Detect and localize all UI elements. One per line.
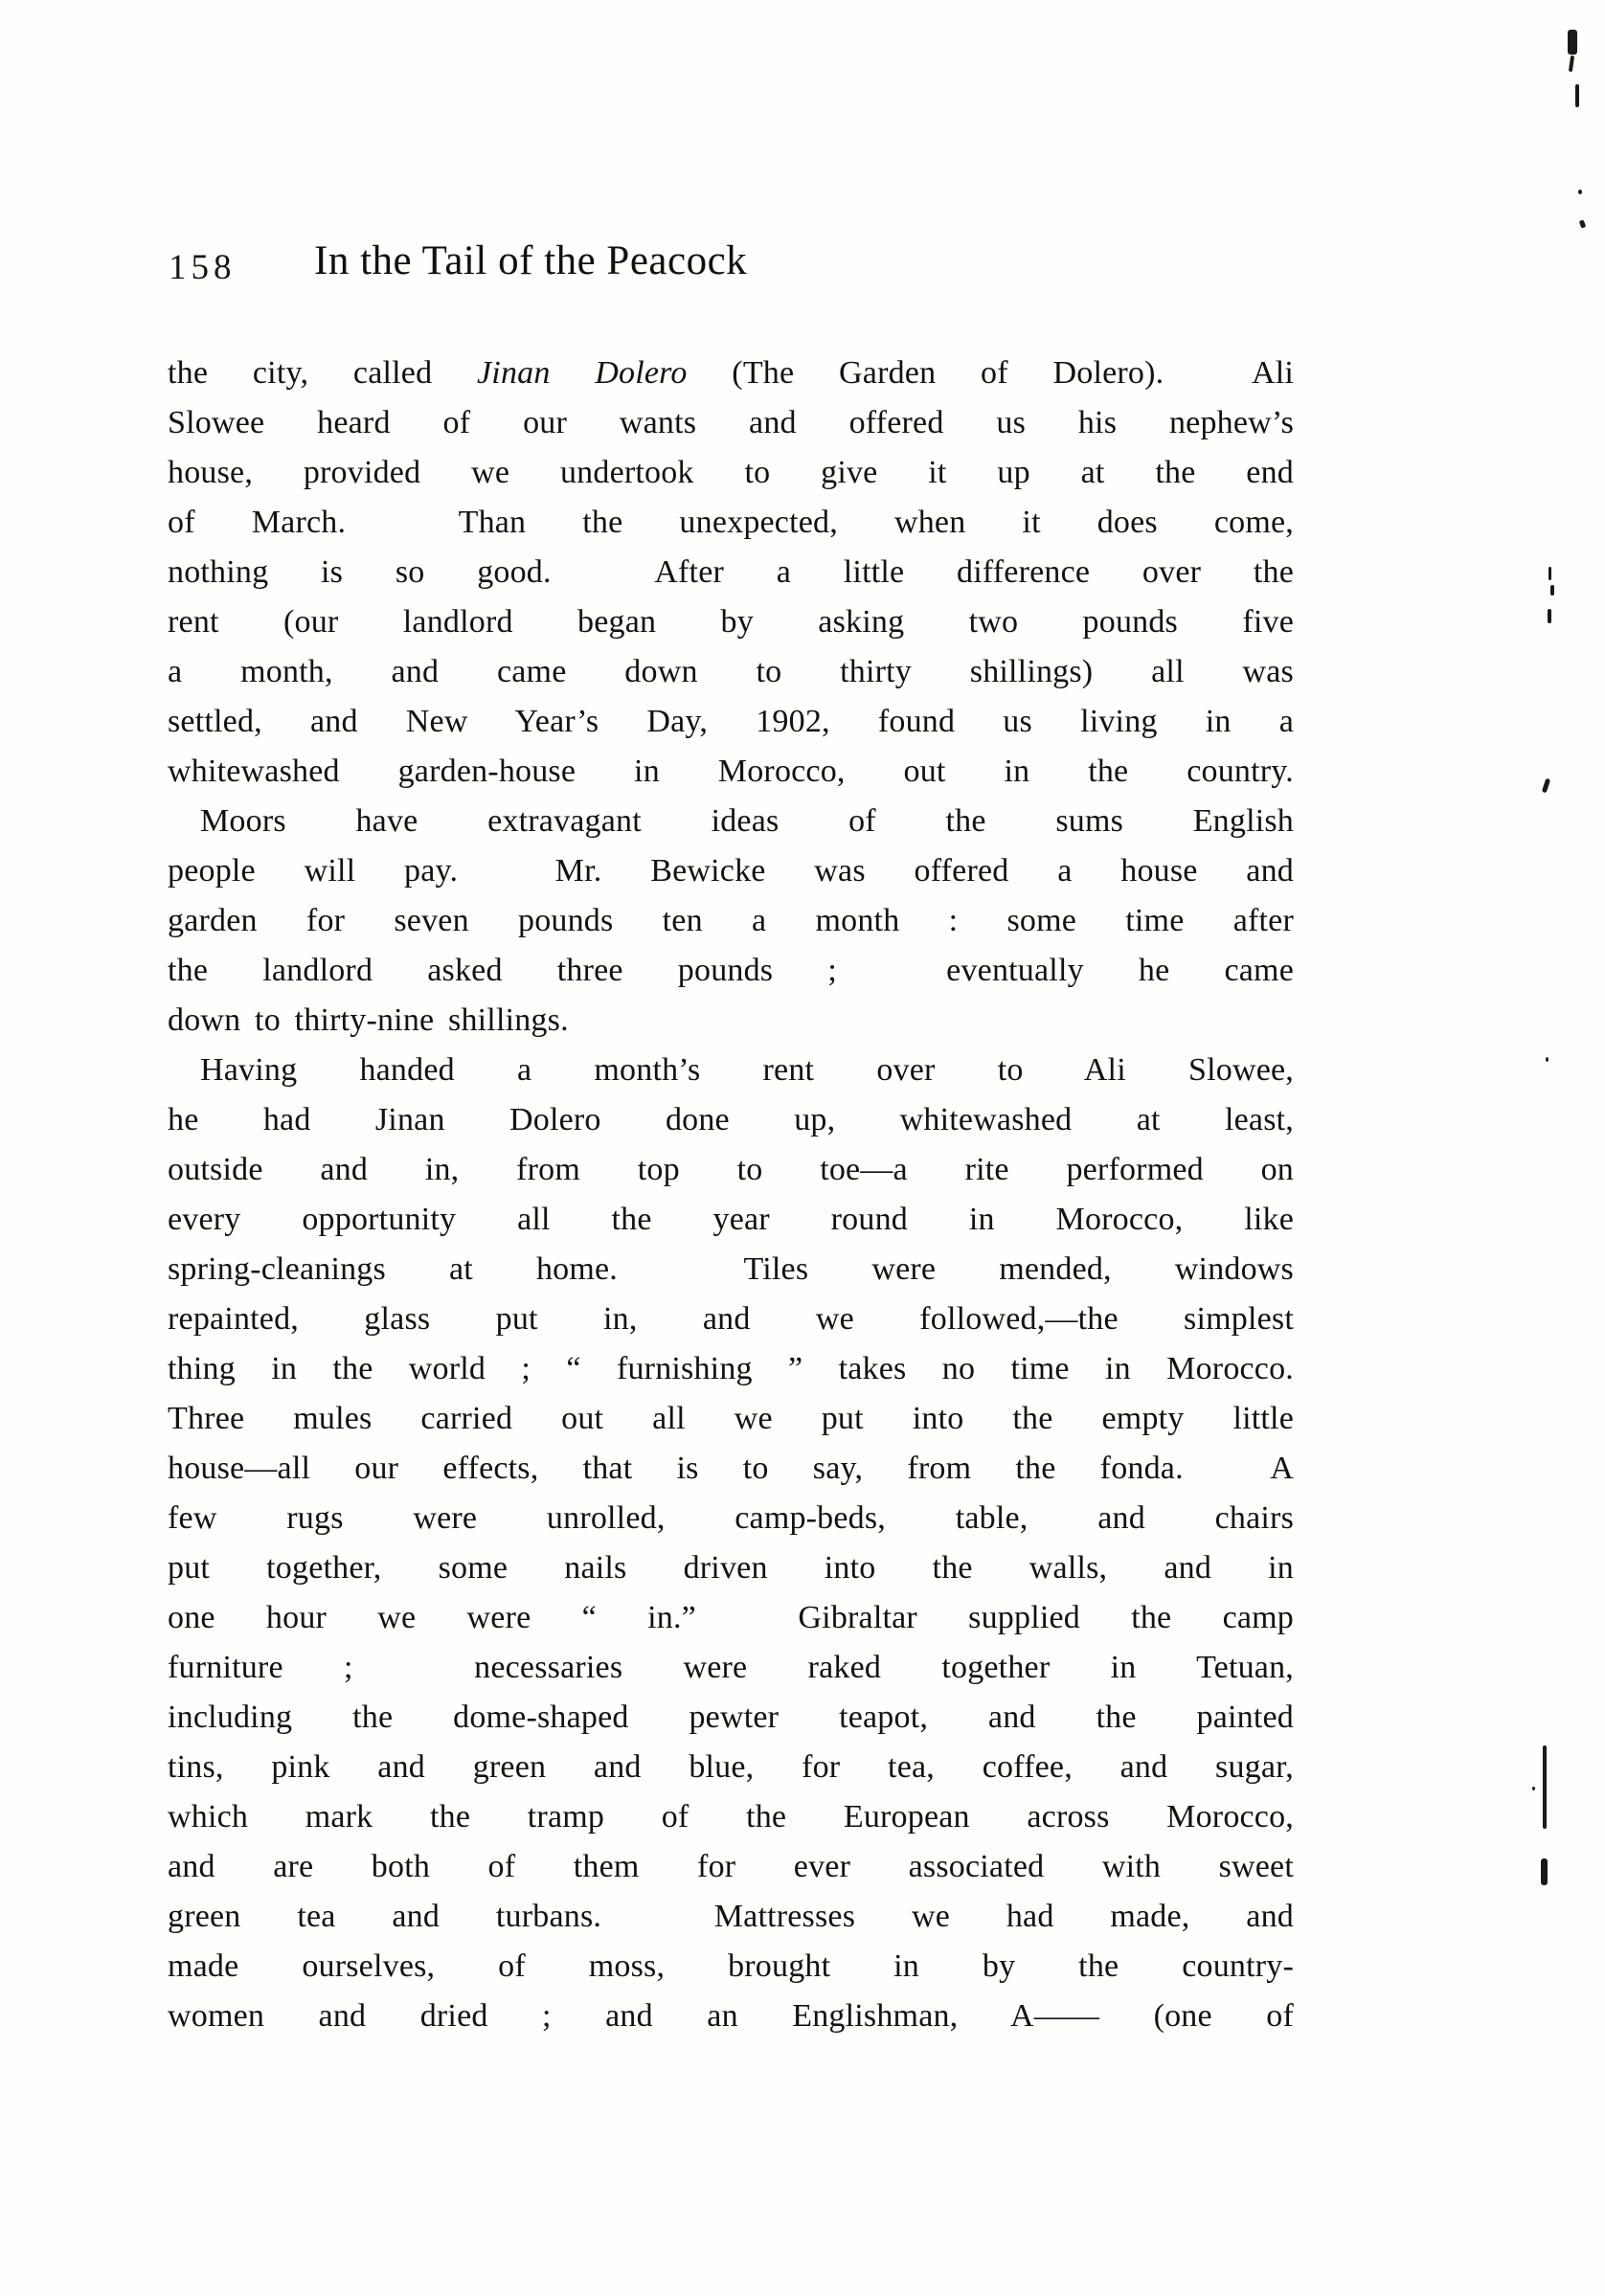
text-line: few rugs were unrolled, camp-beds, table… (168, 1494, 1294, 1543)
text-segment: put together, some nails driven into the… (168, 1550, 1294, 1586)
margin-mark (1532, 1787, 1535, 1790)
text-segment: women and dried ; and an Englishman, A——… (168, 1998, 1294, 2034)
running-title: In the Tail of the Peacock (314, 237, 747, 284)
text-segment: and are both of them for ever associated… (168, 1849, 1294, 1884)
text-line: whitewashed garden-house in Morocco, out… (168, 747, 1294, 797)
text-segment: house—all our effects, that is to say, f… (168, 1451, 1294, 1486)
text-line: repainted, glass put in, and we followed… (168, 1294, 1294, 1344)
text-line: furniture ; necessaries were raked toget… (168, 1643, 1294, 1693)
text-segment: Moors have extravagant ideas of the sums… (200, 803, 1294, 839)
text-line: Slowee heard of our wants and offered us… (168, 398, 1294, 448)
text-segment: nothing is so good. After a little diffe… (168, 554, 1294, 590)
text-segment: down to thirty-nine shillings. (168, 1002, 569, 1038)
text-segment: green tea and turbans. Mattresses we had… (168, 1899, 1294, 1934)
text-line: house—all our effects, that is to say, f… (168, 1444, 1294, 1494)
italic-text: Jinan Dolero (477, 355, 688, 391)
text-segment: Having handed a month’s rent over to Ali… (200, 1052, 1294, 1088)
text-segment: tins, pink and green and blue, for tea, … (168, 1749, 1294, 1785)
text-line: which mark the tramp of the European acr… (168, 1792, 1294, 1842)
book-page: 158 In the Tail of the Peacock the city,… (0, 0, 1605, 2296)
text-line: house, provided we undertook to give it … (168, 448, 1294, 498)
text-line: every opportunity all the year round in … (168, 1195, 1294, 1245)
text-line: Three mules carried out all we put into … (168, 1394, 1294, 1444)
text-line: of March. Than the unexpected, when it d… (168, 498, 1294, 548)
margin-mark (1548, 609, 1551, 623)
text-segment: of March. Than the unexpected, when it d… (168, 505, 1294, 540)
text-segment: outside and in, from top to toe—a rite p… (168, 1152, 1294, 1187)
text-segment: garden for seven pounds ten a month : so… (168, 903, 1294, 938)
text-line: down to thirty-nine shillings. (168, 996, 1294, 1046)
text-line: the landlord asked three pounds ; eventu… (168, 946, 1294, 996)
margin-mark (1578, 190, 1582, 194)
text-line: spring-cleanings at home. Tiles were men… (168, 1245, 1294, 1294)
margin-mark (1568, 30, 1577, 55)
text-line: nothing is so good. After a little diffe… (168, 548, 1294, 597)
text-line: Having handed a month’s rent over to Ali… (168, 1046, 1294, 1095)
text-line: put together, some nails driven into the… (168, 1543, 1294, 1593)
text-segment: (The Garden of Dolero). Ali (688, 355, 1294, 391)
text-line: garden for seven pounds ten a month : so… (168, 896, 1294, 946)
text-line: he had Jinan Dolero done up, whitewashed… (168, 1095, 1294, 1145)
text-line: and are both of them for ever associated… (168, 1842, 1294, 1892)
text-segment: including the dome-shaped pewter teapot,… (168, 1699, 1294, 1735)
text-segment: house, provided we undertook to give it … (168, 455, 1294, 490)
text-segment: which mark the tramp of the European acr… (168, 1799, 1294, 1835)
text-line: one hour we were “ in.” Gibraltar suppli… (168, 1593, 1294, 1643)
text-segment: repainted, glass put in, and we followed… (168, 1301, 1294, 1337)
text-line: made ourselves, of moss, brought in by t… (168, 1942, 1294, 1992)
text-line: settled, and New Year’s Day, 1902, found… (168, 697, 1294, 747)
text-segment: spring-cleanings at home. Tiles were men… (168, 1251, 1294, 1287)
text-line: green tea and turbans. Mattresses we had… (168, 1892, 1294, 1942)
text-line: tins, pink and green and blue, for tea, … (168, 1743, 1294, 1792)
page-text: the city, called Jinan Dolero (The Garde… (168, 349, 1294, 2041)
text-segment: few rugs were unrolled, camp-beds, table… (168, 1500, 1294, 1536)
text-line: Moors have extravagant ideas of the sums… (168, 797, 1294, 846)
text-segment: a month, and came down to thirty shillin… (168, 654, 1294, 689)
text-line: women and dried ; and an Englishman, A——… (168, 1992, 1294, 2041)
text-line: rent (our landlord began by asking two p… (168, 597, 1294, 647)
text-segment: the landlord asked three pounds ; eventu… (168, 953, 1294, 988)
text-line: people will pay. Mr. Bewicke was offered… (168, 846, 1294, 896)
text-segment: one hour we were “ in.” Gibraltar suppli… (168, 1600, 1294, 1635)
margin-mark (1546, 1057, 1548, 1062)
text-segment: made ourselves, of moss, brought in by t… (168, 1948, 1294, 1984)
text-segment: Slowee heard of our wants and offered us… (168, 405, 1294, 440)
text-segment: the city, called (168, 355, 477, 391)
text-segment: settled, and New Year’s Day, 1902, found… (168, 704, 1294, 739)
text-line: outside and in, from top to toe—a rite p… (168, 1145, 1294, 1195)
text-segment: furniture ; necessaries were raked toget… (168, 1650, 1294, 1685)
text-segment: thing in the world ; “ furnishing ” take… (168, 1351, 1294, 1386)
text-line: thing in the world ; “ furnishing ” take… (168, 1344, 1294, 1394)
margin-mark (1579, 219, 1586, 228)
text-segment: rent (our landlord began by asking two p… (168, 604, 1294, 640)
margin-mark (1569, 56, 1574, 72)
text-segment: whitewashed garden-house in Morocco, out… (168, 754, 1294, 789)
text-segment: he had Jinan Dolero done up, whitewashed… (168, 1102, 1294, 1137)
margin-mark (1541, 1858, 1548, 1885)
margin-mark (1575, 84, 1579, 107)
margin-mark (1542, 778, 1550, 794)
text-segment: every opportunity all the year round in … (168, 1202, 1294, 1237)
margin-mark (1543, 1745, 1547, 1829)
text-line: a month, and came down to thirty shillin… (168, 647, 1294, 697)
text-line: including the dome-shaped pewter teapot,… (168, 1693, 1294, 1743)
text-segment: Three mules carried out all we put into … (168, 1401, 1294, 1436)
text-segment: people will pay. Mr. Bewicke was offered… (168, 853, 1294, 889)
text-line: the city, called Jinan Dolero (The Garde… (168, 349, 1294, 398)
margin-mark (1548, 567, 1551, 580)
page-number: 158 (169, 247, 237, 288)
margin-mark (1550, 585, 1554, 596)
